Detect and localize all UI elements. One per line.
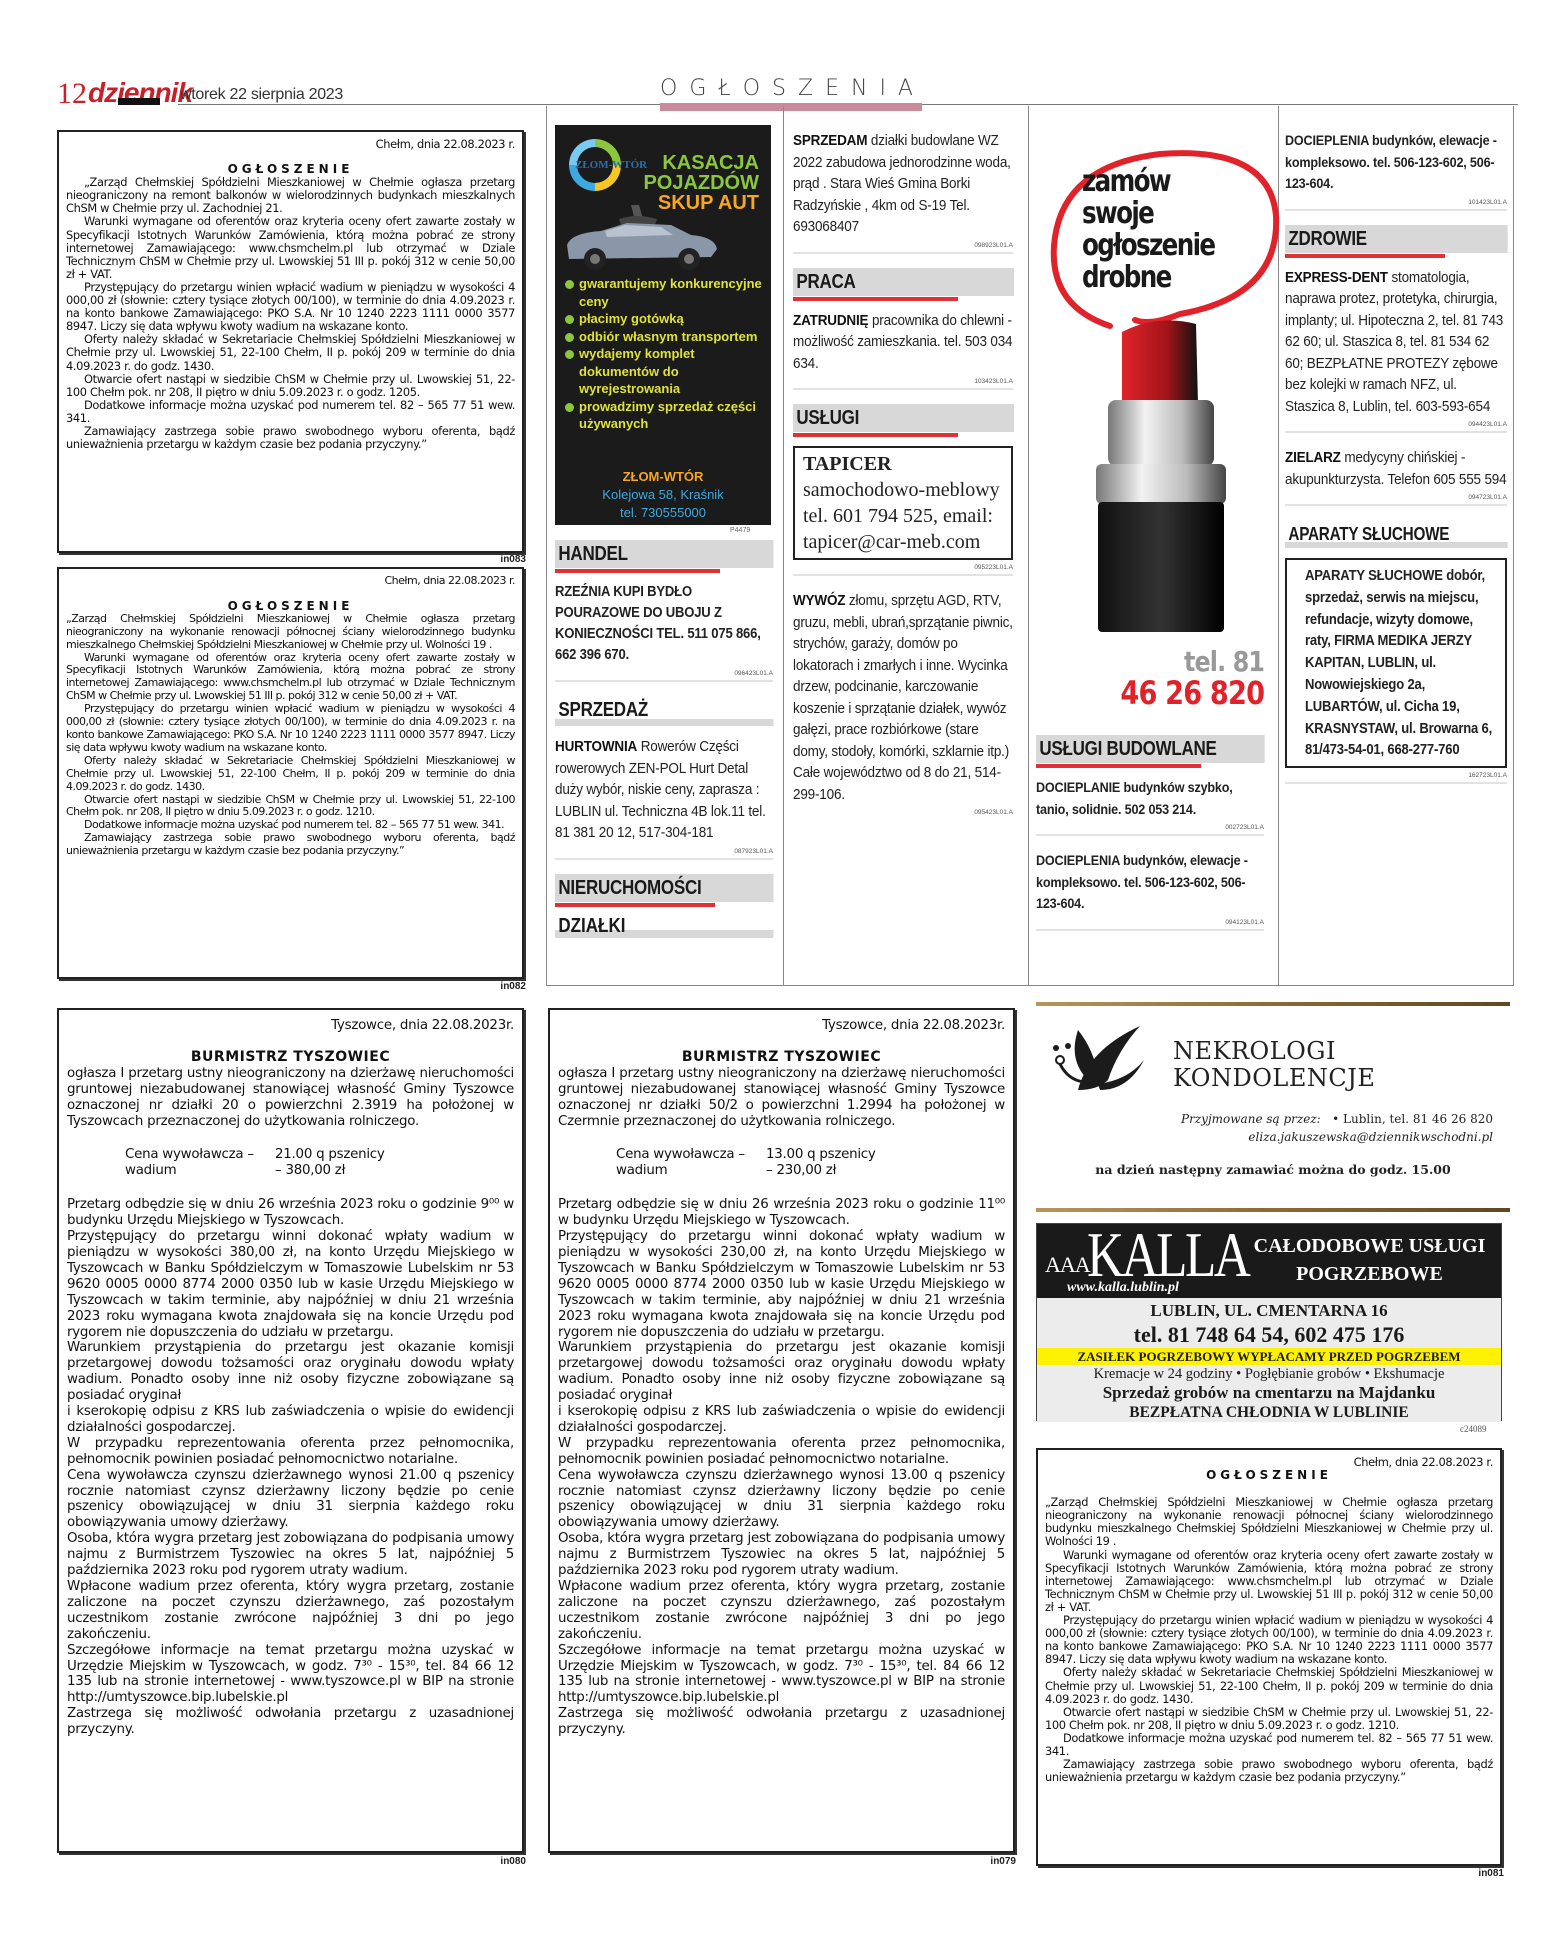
zlom-address: Kolejowa 58, Kraśnik xyxy=(555,486,771,504)
classified-ad: HURTOWNIA Rowerów Części rowerowych ZEN-… xyxy=(555,736,773,844)
notice-title: BURMISTRZ TYSZOWIEC xyxy=(67,1050,514,1066)
ad-code: 162723L01.A xyxy=(1285,772,1507,784)
title-line: NEKROLOGI xyxy=(1173,1038,1375,1065)
ad-lead: SPRZEDAM xyxy=(793,132,867,149)
headline-line: POJAZDÓW xyxy=(643,173,759,193)
category-aparaty-sluchowe: APARATY SŁUCHOWE xyxy=(1285,520,1507,550)
notice-paragraph: Warunki wymagane od oferentów oraz kryte… xyxy=(66,215,515,280)
price-label: Cena wywoławcza – xyxy=(616,1147,766,1163)
order-deadline: na dzień następny zamawiać można do godz… xyxy=(1036,1162,1510,1177)
notice-paragraph: Zamawiający zastrzega sobie prawo swobod… xyxy=(1045,1758,1493,1784)
section-bottom-rule xyxy=(546,985,1514,986)
zlom-wtor-ad: ZŁOM-WTÓR KASACJA POJAZDÓW SKUP AUT gwar… xyxy=(555,125,771,525)
ad-lead: ZIELARZ xyxy=(1285,449,1341,466)
notice-paragraph: „Zarząd Chełmskiej Spółdzielni Mieszkani… xyxy=(66,613,515,652)
ad-lead: TAPICER xyxy=(803,453,892,475)
ad-code: P4479 xyxy=(730,527,750,534)
column-divider xyxy=(783,106,784,986)
benefit-item: prowadzimy sprzedaż części używanych xyxy=(565,398,771,433)
notice-paragraph: Cena wywoławcza czynszu dzierżawnego wyn… xyxy=(67,1468,514,1532)
category-heading: ZDROWIE xyxy=(1285,225,1508,253)
kalla-website[interactable]: www.kalla.lublin.pl xyxy=(1067,1280,1179,1296)
price-table: Cena wywoławcza –21.00 q pszenicy wadium… xyxy=(125,1147,514,1179)
gold-rule xyxy=(1036,1208,1510,1212)
category-heading: SPRZEDAŻ xyxy=(555,696,774,726)
kalla-prefix: AAA xyxy=(1045,1252,1090,1278)
notice-paragraph: Osoba, która wygra przetarg jest zobowią… xyxy=(558,1531,1005,1579)
ad-code: 002723L01.A xyxy=(1036,824,1264,836)
zlom-logo-text: ZŁOM-WTÓR xyxy=(575,159,647,171)
notice-date: Chełm, dnia 22.08.2023 r. xyxy=(66,575,515,588)
classifieds-column-2: SPRZEDAM działki budowlane WZ 2022 zabud… xyxy=(793,130,1013,833)
kalla-phone: tel. 81 748 64 54, 602 475 176 xyxy=(1037,1322,1501,1348)
leaf-ornament-icon xyxy=(1048,1020,1148,1098)
ad-code: 096423L01.A xyxy=(555,670,773,682)
kalla-brand: KALLA xyxy=(1087,1222,1248,1288)
notice-intro: ogłasza I przetarg ustny nieograniczony … xyxy=(67,1066,514,1130)
column-divider xyxy=(546,106,547,986)
tender-tyszowce-plot-20: Tyszowce, dnia 22.08.2023r. BURMISTRZ TY… xyxy=(57,1008,524,1853)
notice-tag: in080 xyxy=(470,1856,526,1867)
notice-paragraph: Otwarcie ofert nastąpi w siedzibie ChSM … xyxy=(66,373,515,399)
ad-lead: DOCIEPLENIA xyxy=(1285,132,1369,148)
notice-paragraph: Warunki wymagane od oferentów oraz kryte… xyxy=(66,652,515,704)
section-underline xyxy=(660,103,922,111)
deposit-label: wadium xyxy=(125,1163,275,1179)
notice-wall-tender-repeat: Chełm, dnia 22.08.2023 r. OGŁOSZENIE „Za… xyxy=(1036,1448,1502,1866)
notice-paragraph: Warunkiem przystąpienia do przetargu jes… xyxy=(558,1340,1005,1404)
heading-red-bar xyxy=(793,297,958,301)
kalla-address: LUBLIN, UL. CMENTARNA 16 xyxy=(1037,1298,1501,1322)
ad-lead: DOCIEPLENIA xyxy=(1036,852,1120,868)
notice-paragraph: Oferty należy składać w Sekretariacie Ch… xyxy=(66,333,515,372)
classifieds-column-1: HANDEL RZEŹNIA KUPI BYDŁO POURAZOWE DO U… xyxy=(555,540,773,938)
notice-paragraph: Wpłacone wadium przez oferenta, który wy… xyxy=(558,1579,1005,1643)
zlom-headline: KASACJA POJAZDÓW SKUP AUT xyxy=(643,153,759,213)
notice-wall-tender: Chełm, dnia 22.08.2023 r. OGŁOSZENIE „Za… xyxy=(57,567,524,979)
category-header: USŁUGI BUDOWLANE xyxy=(1036,735,1264,769)
notice-paragraph: Warunki wymagane od oferentów oraz kryte… xyxy=(1045,1549,1493,1614)
obituaries-title: NEKROLOGI KONDOLENCJE xyxy=(1173,1038,1375,1092)
notice-paragraph: W przypadku reprezentowania oferenta prz… xyxy=(558,1436,1005,1468)
benefit-item: płacimy gotówką xyxy=(565,310,771,328)
notice-paragraph: Szczegółowe informacje na temat przetarg… xyxy=(558,1643,1005,1707)
category-sprzedaz: SPRZEDAŻ xyxy=(555,696,773,728)
notice-paragraph: Warunkiem przystąpienia do przetargu jes… xyxy=(67,1340,514,1404)
issue-date: wtorek 22 sierpnia 2023 xyxy=(180,86,343,104)
category-heading: USŁUGI xyxy=(793,404,1014,432)
benefit-item: gwarantujemy konkurencyjne ceny xyxy=(565,275,771,310)
notice-paragraph: Dodatkowe informacje można uzyskać pod n… xyxy=(1045,1732,1493,1758)
notice-paragraph: Przystępujący do przetargu winien wpłaci… xyxy=(1045,1614,1493,1666)
heading-red-bar xyxy=(1285,254,1445,258)
zlom-contact: ZŁOM-WTÓR Kolejowa 58, Kraśnik tel. 7305… xyxy=(555,468,771,525)
price-table: Cena wywoławcza –13.00 q pszenicy wadium… xyxy=(616,1147,1005,1179)
accepted-label: Przyjmowane są przez: xyxy=(1181,1112,1321,1126)
lipstick-image xyxy=(1086,314,1236,634)
title-line: KONDOLENCJE xyxy=(1173,1065,1375,1092)
notice-paragraph: Przetarg odbędzie się w dniu 26 września… xyxy=(67,1197,514,1229)
category-heading: APARATY SŁUCHOWE xyxy=(1285,520,1508,548)
ad-headline: zamów swoje ogłoszenie drobne xyxy=(1082,166,1238,294)
ad-code: 095423L01.A xyxy=(793,809,1013,819)
zlom-phone: tel. 730555000 xyxy=(555,504,771,522)
zlom-benefits-list: gwarantujemy konkurencyjne ceny płacimy … xyxy=(565,275,771,433)
category-praca: PRACA xyxy=(793,268,1013,302)
notice-paragraph: Cena wywoławcza czynszu dzierżawnego wyn… xyxy=(558,1468,1005,1532)
ad-code: 094423L01.A xyxy=(1285,421,1507,433)
category-heading: NIERUCHOMOŚCI xyxy=(555,874,774,902)
zlom-website[interactable]: www.zlom-wtor.pl xyxy=(555,522,771,525)
section-title: OGŁOSZENIA xyxy=(660,76,925,101)
kalla-banner: ZASIŁEK POGRZEBOWY WYPŁACAMY PRZED POGRZ… xyxy=(1037,1348,1501,1365)
notice-paragraph: Oferty należy składać w Sekretariacie Ch… xyxy=(66,755,515,794)
logo-underbar xyxy=(118,98,160,105)
notice-paragraph: Przystępujący do przetargu winien wpłaci… xyxy=(66,703,515,755)
heading-red-bar xyxy=(555,569,720,573)
headline-line: KASACJA xyxy=(643,153,759,173)
deposit-label: wadium xyxy=(616,1163,766,1179)
ad-code: 101423L01.A xyxy=(1285,199,1507,211)
notice-paragraph: Szczegółowe informacje na temat przetarg… xyxy=(67,1643,514,1707)
contact-email[interactable]: eliza.jakuszewska@dziennikwschodni.pl xyxy=(1248,1130,1493,1144)
order-classified-ad[interactable]: zamów swoje ogłoszenie drobne tel. 81 46… xyxy=(1036,118,1272,728)
category-heading: HANDEL xyxy=(555,540,774,568)
kalla-header: AAA KALLA www.kalla.lublin.pl CAŁODOBOWE… xyxy=(1037,1224,1501,1298)
kalla-funeral-ad: AAA KALLA www.kalla.lublin.pl CAŁODOBOWE… xyxy=(1036,1223,1502,1421)
category-nieruchomosci: NIERUCHOMOŚCI xyxy=(555,874,773,908)
ad-lead: WYWÓZ xyxy=(793,592,845,609)
tapicer-boxed-ad: TAPICER samochodowo-meblowy tel. 601 794… xyxy=(793,446,1013,560)
notice-paragraph: Dodatkowe informacje można uzyskać pod n… xyxy=(66,399,515,425)
notice-tag: in081 xyxy=(1448,1868,1504,1879)
classifieds-column-4: DOCIEPLENIA budynków, elewacje - komplek… xyxy=(1285,130,1507,798)
classified-ad: ZATRUDNIĘ pracownika do chlewni - możliw… xyxy=(793,310,1013,375)
notice-paragraph: „Zarząd Chełmskiej Spółdzielni Mieszkani… xyxy=(1045,1496,1493,1548)
notice-title: OGŁOSZENIE xyxy=(1045,1469,1493,1482)
notice-paragraph: Otwarcie ofert nastąpi w siedzibie ChSM … xyxy=(1045,1706,1493,1732)
zlom-company: ZŁOM-WTÓR xyxy=(555,468,771,486)
ad-body: APARATY SŁUCHOWE dobór, sprzedaż, serwis… xyxy=(1305,566,1495,762)
category-uslugi: USŁUGI xyxy=(793,404,1013,438)
notice-paragraph: Zamawiający zastrzega sobie prawo swobod… xyxy=(66,425,515,451)
service-line: CAŁODOBOWE USŁUGI xyxy=(1242,1232,1497,1260)
classified-ad: DOCIEPLENIA budynków, elewacje - komplek… xyxy=(1285,130,1507,195)
ad-lead: ZATRUDNIĘ xyxy=(793,312,868,329)
notice-paragraph: „Zarząd Chełmskiej Spółdzielni Mieszkani… xyxy=(66,176,515,215)
ad-lead: DOCIEPLANIE xyxy=(1036,779,1120,795)
scrapped-car-image xyxy=(561,205,721,273)
kalla-body: LUBLIN, UL. CMENTARNA 16 tel. 81 748 64 … xyxy=(1037,1298,1501,1422)
category-uslugi-budowlane: USŁUGI BUDOWLANE DOCIEPLANIE budynków sz… xyxy=(1036,735,1264,945)
heading-red-bar xyxy=(1036,764,1201,768)
column-divider xyxy=(1513,106,1514,986)
subcategory-heading: DZIAŁKI xyxy=(555,916,774,938)
classified-ad: DOCIEPLANIE budynków szybko, tanio, soli… xyxy=(1036,777,1264,820)
ad-body: stomatologia, naprawa protez, protetyka,… xyxy=(1285,269,1503,415)
ad-code: 103423L01.A xyxy=(793,378,1013,390)
ad-lead: EXPRESS-DENT xyxy=(1285,269,1388,286)
ad-code: c24089 xyxy=(1460,1424,1487,1434)
service-line: POGRZEBOWE xyxy=(1242,1260,1497,1288)
notice-title: BURMISTRZ TYSZOWIEC xyxy=(558,1050,1005,1066)
classified-ad: WYWÓZ złomu, sprzętu AGD, RTV, gruzu, me… xyxy=(793,590,1013,805)
notice-date: Chełm, dnia 22.08.2023 r. xyxy=(66,138,515,151)
obituaries-box: NEKROLOGI KONDOLENCJE Przyjmowane są prz… xyxy=(1036,1002,1510,1212)
headline-line: ogłoszenie xyxy=(1082,230,1238,262)
classified-ad: SPRZEDAM działki budowlane WZ 2022 zabud… xyxy=(793,130,1013,238)
notice-title: OGŁOSZENIE xyxy=(66,600,515,613)
notice-intro: ogłasza I przetarg ustny nieograniczony … xyxy=(558,1066,1005,1130)
ad-code: 094723L01.A xyxy=(1285,494,1507,506)
price-value: 21.00 q pszenicy xyxy=(275,1147,385,1163)
notice-paragraph: Zamawiający zastrzega sobie prawo swobod… xyxy=(66,832,515,858)
notice-tag: in083 xyxy=(470,554,526,565)
price-label: Cena wywoławcza – xyxy=(125,1147,275,1163)
tender-tyszowce-plot-50-2: Tyszowce, dnia 22.08.2023r. BURMISTRZ TY… xyxy=(548,1008,1015,1853)
page-number: 12 xyxy=(57,80,87,108)
category-heading: USŁUGI BUDOWLANE xyxy=(1036,735,1265,763)
ad-code: 098923L01.A xyxy=(793,242,1013,254)
accepted-contact: • Lublin, tel. 81 46 26 820 xyxy=(1332,1112,1493,1126)
kalla-services-title: CAŁODOBOWE USŁUGI POGRZEBOWE xyxy=(1242,1232,1497,1288)
category-handel: HANDEL xyxy=(555,540,773,574)
notice-paragraph: Zastrzega się możliwość odwołania przeta… xyxy=(67,1706,514,1738)
kalla-graves: Sprzedaż grobów na cmentarzu na Majdanku xyxy=(1037,1383,1501,1403)
classified-ad: RZEŹNIA KUPI BYDŁO POURAZOWE DO UBOJU Z … xyxy=(555,582,773,666)
deposit-value: – 380,00 zł xyxy=(275,1163,345,1179)
ad-body: samochodowo-meblowy tel. 601 794 525, em… xyxy=(803,479,1000,553)
ad-code: 087923L01.A xyxy=(555,848,773,860)
headline-line: zamów swoje xyxy=(1082,166,1238,230)
notice-paragraph: Przetarg odbędzie się w dniu 26 września… xyxy=(558,1197,1005,1229)
heading-red-bar xyxy=(555,903,715,907)
heading-red-bar xyxy=(793,433,958,437)
kalla-services: Kremacje w 24 godziny • Pogłębianie grob… xyxy=(1037,1365,1501,1383)
ad-code: 095223L01.A xyxy=(793,564,1013,576)
notice-tag: in082 xyxy=(470,981,526,992)
notice-paragraph: Zastrzega się możliwość odwołania przeta… xyxy=(558,1706,1005,1738)
classified-ad: DOCIEPLENIA budynków, elewacje - komplek… xyxy=(1036,850,1264,915)
category-heading: PRACA xyxy=(793,268,1014,296)
notice-paragraph: Przystępujący do przetargu winien wpłaci… xyxy=(66,281,515,333)
notice-tag: in079 xyxy=(960,1856,1016,1867)
ad-phone: tel. 81 46 26 820 xyxy=(1095,648,1264,710)
notice-paragraph: i kserokopię odpisu z KRS lub zaświadcze… xyxy=(558,1404,1005,1436)
notice-paragraph: Otwarcie ofert nastąpi w siedzibie ChSM … xyxy=(66,794,515,820)
notice-paragraph: Przystępujący do przetargu winni dokonać… xyxy=(558,1229,1005,1340)
notice-date: Tyszowce, dnia 22.08.2023r. xyxy=(558,1018,1005,1034)
kalla-cold-room: BEZPŁATNA CHŁODNIA W LUBLINIE xyxy=(1037,1403,1501,1422)
gold-rule xyxy=(1036,1002,1510,1006)
notice-paragraph: i kserokopię odpisu z KRS lub zaświadcze… xyxy=(67,1404,514,1436)
tel-number: 46 26 820 xyxy=(1120,676,1264,710)
benefit-item: wydajemy komplet dokumentów do wyrejestr… xyxy=(565,345,771,398)
notice-paragraph: W przypadku reprezentowania oferenta prz… xyxy=(67,1436,514,1468)
obituaries-contact: Przyjmowane są przez: • Lublin, tel. 81 … xyxy=(1173,1112,1493,1144)
ad-body: złomu, sprzętu AGD, RTV, gruzu, mebli, u… xyxy=(793,592,1013,803)
headline-line: drobne xyxy=(1082,262,1238,294)
tel-label: tel. 81 xyxy=(1120,648,1264,676)
ad-code: 094123L01.A xyxy=(1036,919,1264,931)
column-divider xyxy=(1028,106,1029,986)
notice-date: Tyszowce, dnia 22.08.2023r. xyxy=(67,1018,514,1034)
benefit-item: odbiór własnym transportem xyxy=(565,328,771,346)
hearing-aids-boxed-ad: APARATY SŁUCHOWE dobór, sprzedaż, serwis… xyxy=(1285,558,1507,768)
notice-paragraph: Przystępujący do przetargu winni dokonać… xyxy=(67,1229,514,1340)
notice-paragraph: Wpłacone wadium przez oferenta, który wy… xyxy=(67,1579,514,1643)
deposit-value: – 230,00 zł xyxy=(766,1163,836,1179)
category-zdrowie: ZDROWIE xyxy=(1285,225,1507,259)
classified-ad: ZIELARZ medycyny chińskiej - akupunkturz… xyxy=(1285,447,1507,490)
classified-ad: EXPRESS-DENT stomatologia, naprawa prote… xyxy=(1285,267,1507,418)
notice-paragraph: Osoba, która wygra przetarg jest zobowią… xyxy=(67,1531,514,1579)
notice-balcony-tender: Chełm, dnia 22.08.2023 r. OGŁOSZENIE „Za… xyxy=(57,130,524,553)
price-value: 13.00 q pszenicy xyxy=(766,1147,876,1163)
notice-paragraph: Oferty należy składać w Sekretariacie Ch… xyxy=(1045,1666,1493,1705)
ad-lead: HURTOWNIA xyxy=(555,738,637,755)
